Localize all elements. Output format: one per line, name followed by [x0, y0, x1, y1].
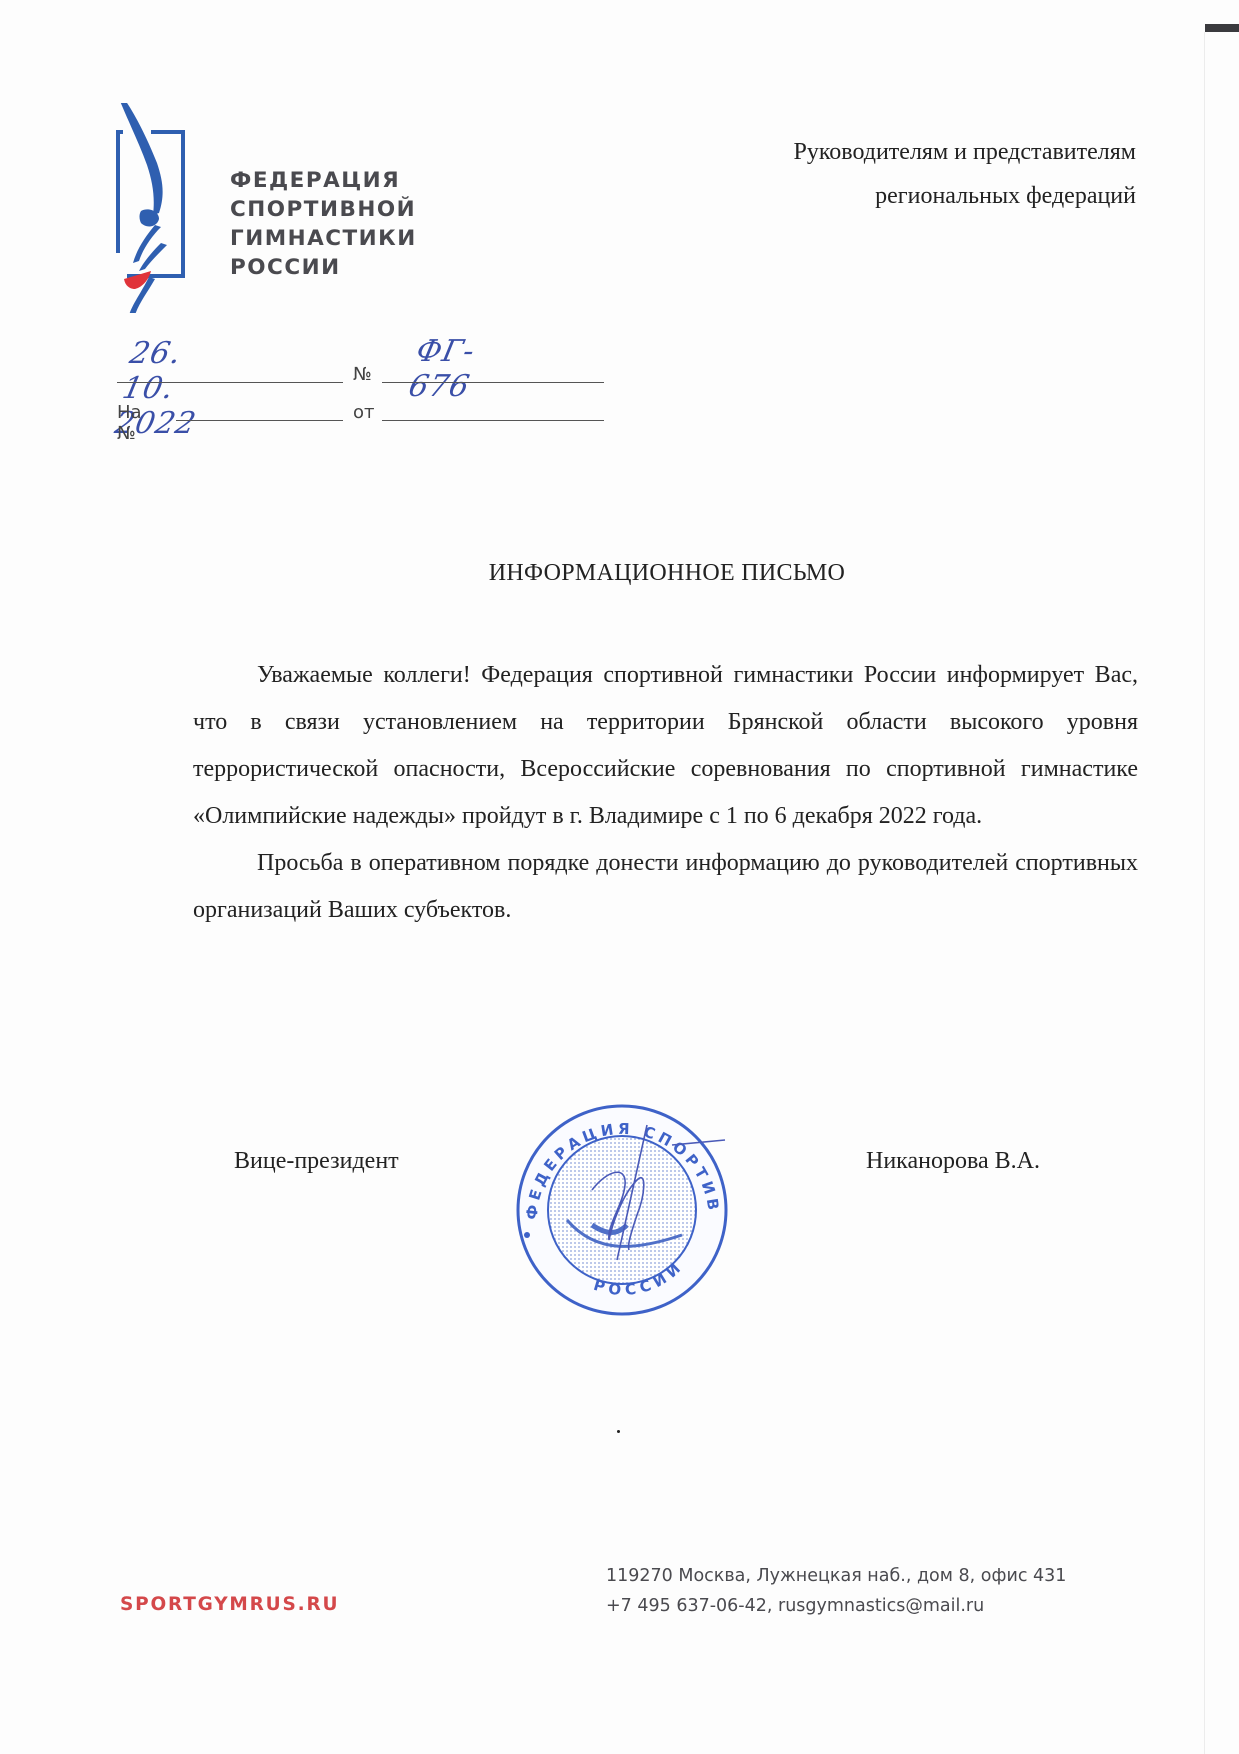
- from-underline: [382, 420, 604, 421]
- contact-block: 119270 Москва, Лужнецкая наб., дом 8, оф…: [606, 1561, 1066, 1621]
- document-title-text: ИНФОРМАЦИОННОЕ ПИСЬМО: [489, 560, 845, 587]
- address-text: 119270 Москва, Лужнецкая наб., дом 8, оф…: [606, 1561, 1066, 1591]
- addressee-line: региональных федераций: [793, 174, 1136, 218]
- document-body: Уважаемые коллеги! Федерация спортивной …: [193, 652, 1138, 934]
- org-name: ФЕДЕРАЦИЯ СПОРТИВНОЙ ГИМНАСТИКИ РОССИИ: [230, 166, 417, 282]
- body-paragraph: Уважаемые коллеги! Федерация спортивной …: [193, 652, 1138, 840]
- org-name-line: РОССИИ: [230, 253, 417, 282]
- date-underline: [117, 382, 343, 383]
- scan-speck: [617, 1430, 620, 1433]
- phone-email-text: +7 495 637-06-42, rusgymnastics@mail.ru: [606, 1591, 1066, 1621]
- letterhead-logo: ФЕДЕРАЦИЯ СПОРТИВНОЙ ГИМНАСТИКИ РОССИИ: [115, 103, 415, 313]
- reply-to-label: На №: [117, 402, 142, 444]
- body-paragraph: Просьба в оперативном порядке донести ин…: [193, 840, 1138, 934]
- addressee-block: Руководителям и представителям региональ…: [793, 130, 1136, 218]
- official-stamp-icon: ФЕДЕРАЦИЯ СПОРТИВНОЙ ГИМНАСТИКИ РОССИИ: [497, 1085, 747, 1335]
- scan-edge-bar: [1205, 24, 1239, 32]
- document-title: ИНФОРМАЦИОННОЕ ПИСЬМО: [0, 560, 1239, 587]
- org-name-line: СПОРТИВНОЙ: [230, 195, 417, 224]
- number-handwritten: ФГ- 676: [406, 334, 481, 404]
- number-label: №: [353, 364, 372, 385]
- org-name-line: ГИМНАСТИКИ: [230, 224, 417, 253]
- scan-edge-line: [1204, 32, 1205, 1754]
- number-underline: [382, 382, 604, 383]
- reply-to-underline: [176, 420, 343, 421]
- org-name-line: ФЕДЕРАЦИЯ: [230, 166, 417, 195]
- website-link[interactable]: SPORTGYMRUS.RU: [120, 1594, 339, 1615]
- signer-position: Вице-президент: [234, 1148, 399, 1175]
- signer-name: Никанорова В.А.: [866, 1148, 1040, 1175]
- addressee-line: Руководителям и представителям: [793, 130, 1136, 174]
- from-label: от: [353, 402, 375, 423]
- gymnast-logo-icon: [115, 103, 225, 313]
